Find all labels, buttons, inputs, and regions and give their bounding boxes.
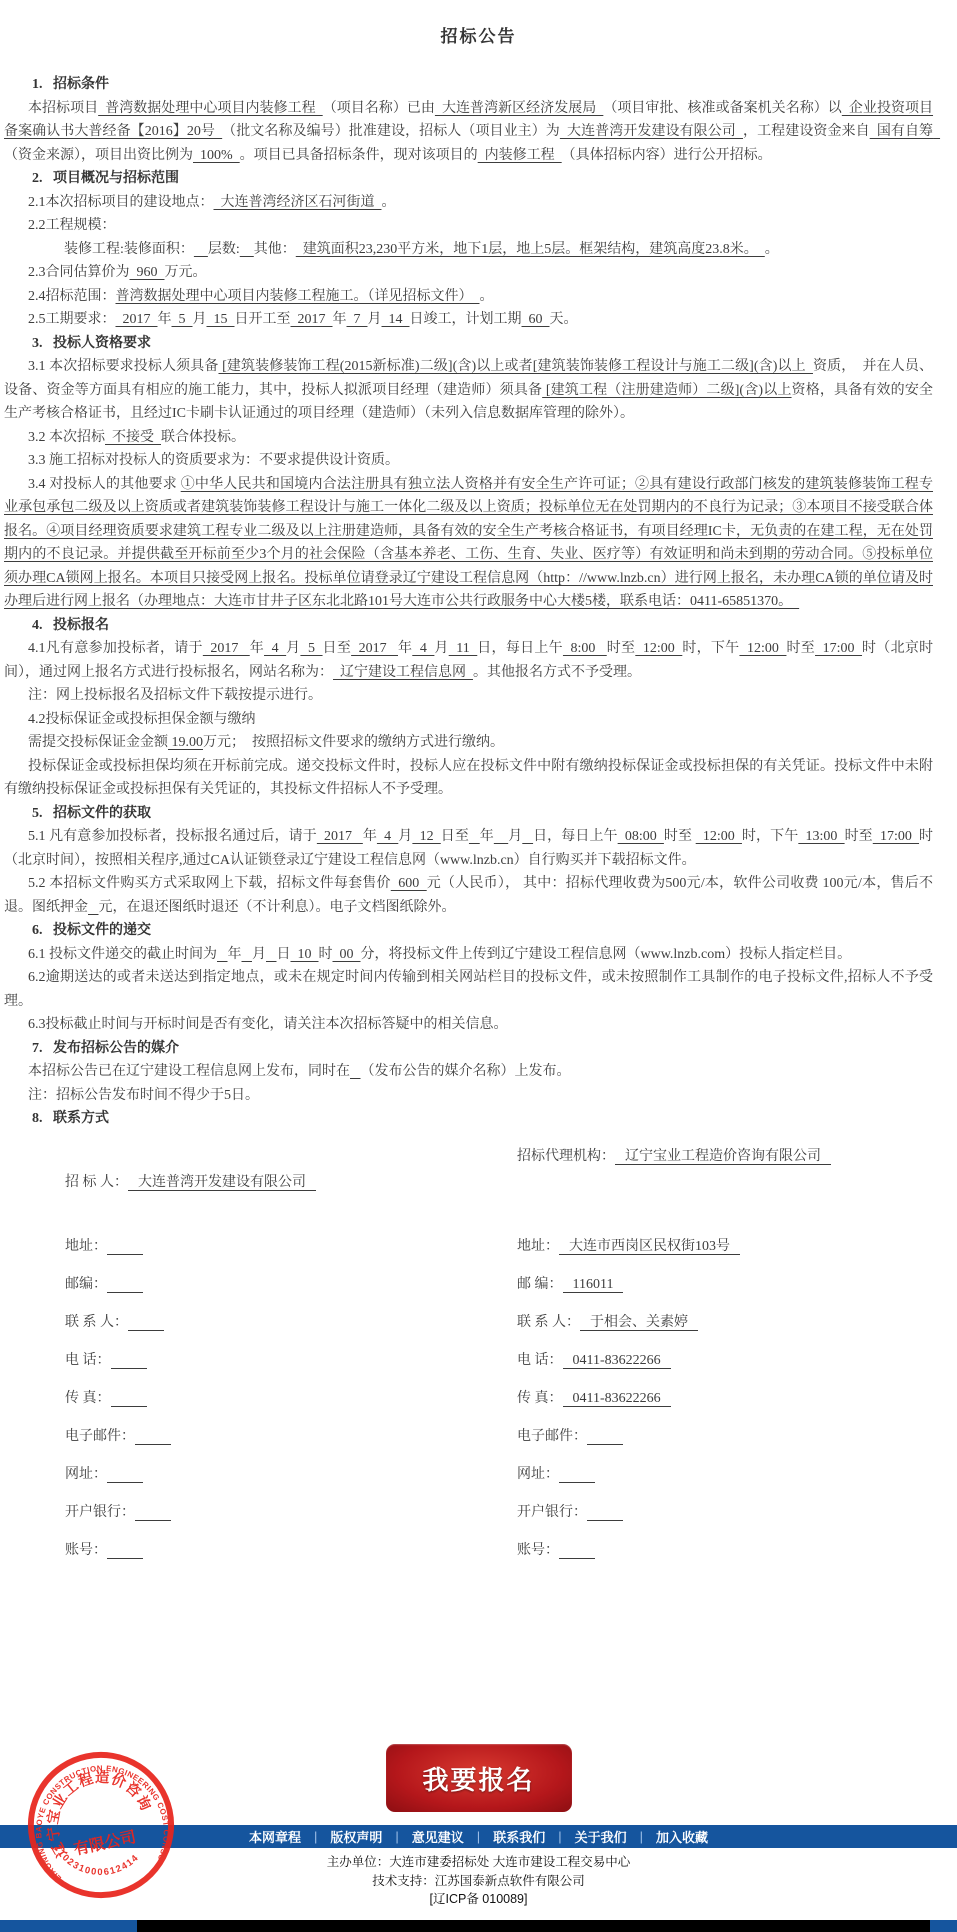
footer-link[interactable]: 意见建议	[412, 1827, 464, 1846]
doc-paragraph: 4.1凡有意参加投标者，请于 2017 年 4 月 5 日至 2017 年 4 …	[4, 637, 933, 684]
contact-label: 开户银行：	[65, 1505, 135, 1520]
footer-link-separator: |	[477, 1829, 480, 1844]
fill-in-value: ①中华人民共和国境内合法注册具有独立法人资格并有安全生产许可证；②具有建设行政部…	[4, 477, 933, 610]
doc-paragraph: 5.2 本招标文件购买方式采取网上下载，招标文件每套售价 600 元（人民币），…	[4, 872, 933, 919]
contact-label: 邮 编：	[517, 1277, 563, 1292]
section-heading: 1. 招标条件	[4, 73, 933, 97]
contact-value	[135, 1505, 171, 1521]
signup-button[interactable]: 我要报名	[386, 1744, 572, 1812]
contact-row: 地址：	[65, 1235, 517, 1259]
fill-in-value: 100%	[193, 148, 240, 163]
contact-value: 辽宁宝业工程造价咨询有限公司	[615, 1149, 831, 1165]
fill-in-value: 4	[264, 641, 286, 656]
contact-label: 招 标 人：	[65, 1175, 128, 1190]
doc-paragraph: 4.2投标保证金或投标担保金额与缴纳	[4, 708, 933, 732]
fill-in-value: 15	[207, 312, 235, 327]
contact-value: 0411-83622266	[563, 1391, 671, 1407]
fill-in-value: [建筑工程（注册建造师）二级](含)以上	[542, 383, 791, 398]
contact-row: 电 话：	[65, 1349, 517, 1373]
contact-label: 网址：	[517, 1467, 559, 1482]
doc-paragraph: 6.1 投标文件递交的截止时间为 年 月 日 10 时 00 分，将投标文件上传…	[4, 943, 933, 967]
fill-in-value: 内装修工程	[478, 148, 562, 163]
contact-value	[128, 1315, 164, 1331]
fill-in-value	[88, 900, 99, 915]
contact-value: 大连市西岗区民权街103号	[559, 1239, 740, 1255]
contact-value	[559, 1543, 595, 1559]
fill-in-value: 12:00	[739, 641, 786, 656]
doc-paragraph: 2.4招标范围：普湾数据处理中心项目内装修工程施工。（详见招标文件） 。	[4, 285, 933, 309]
contact-label: 联 系 人：	[517, 1315, 580, 1330]
doc-paragraph: 3.2 本次招标 不接受 联合体投标。	[4, 426, 933, 450]
doc-paragraph: 2.2工程规模：	[4, 214, 933, 238]
contact-row: 开户银行：	[65, 1501, 517, 1525]
fill-in-value: 11	[449, 641, 478, 656]
contact-row: 地址：大连市西岗区民权街103号	[517, 1235, 935, 1259]
fill-in-value: 大连普湾开发建设有限公司	[560, 124, 743, 139]
contact-row: 联 系 人：于相会、关素婷	[517, 1311, 935, 1335]
contact-label: 网址：	[65, 1467, 107, 1482]
contact-row: 招 标 人：大连普湾开发建设有限公司	[65, 1145, 517, 1221]
contact-value	[111, 1353, 147, 1369]
fill-in-value: 12	[412, 829, 440, 844]
doc-paragraph: 2.1本次招标项目的建设地点： 大连普湾经济区石河街道 。	[4, 191, 933, 215]
fill-in-value: 2017	[203, 641, 250, 656]
fill-in-value: 大连普湾经济区石河街道	[214, 195, 382, 210]
contact-row: 招标代理机构：辽宁宝业工程造价咨询有限公司	[517, 1145, 935, 1221]
doc-paragraph: 3.4 对投标人的其他要求 ①中华人民共和国境内合法注册具有独立法人资格并有安全…	[4, 473, 933, 614]
contact-value	[111, 1391, 147, 1407]
fill-in-value: 13:00	[798, 829, 844, 844]
fill-in-value: 14	[382, 312, 410, 327]
page-title: 招标公告	[0, 0, 957, 47]
doc-paragraph: 本招标项目 普湾数据处理中心项目内装修工程 （项目名称）已由 大连普湾新区经济发…	[4, 97, 933, 168]
fill-in-value: 10	[291, 947, 319, 962]
fill-in-value: 19.00	[168, 735, 203, 750]
contact-value	[107, 1543, 143, 1559]
bottom-strip-left-accent	[0, 1920, 137, 1932]
contact-value	[135, 1429, 171, 1445]
bottom-strip	[0, 1920, 957, 1932]
contact-value	[587, 1505, 623, 1521]
fill-in-value: [建筑装修装饰工程(2015新标准)二级](含)以上或者[建筑装饰装修工程设计与…	[218, 359, 812, 374]
contact-label: 联 系 人：	[65, 1315, 128, 1330]
doc-paragraph: 需提交投标保证金金额 19.00万元； 按照招标文件要求的缴纳方式进行缴纳。	[4, 731, 933, 755]
contact-row: 传 真：0411-83622266	[517, 1387, 935, 1411]
doc-paragraph: 3.1 本次招标要求投标人须具备 [建筑装修装饰工程(2015新标准)二级](含…	[4, 355, 933, 426]
stamp-center-text: 有限公司	[72, 1827, 138, 1859]
footer-link[interactable]: 加入收藏	[656, 1827, 708, 1846]
fill-in-value: 8:00	[563, 641, 607, 656]
doc-paragraph: 本招标公告已在辽宁建设工程信息网上发布，同时在 （发布公告的媒介名称）上发布。	[4, 1060, 933, 1084]
contact-value	[107, 1467, 143, 1483]
doc-paragraph: 投标保证金或投标担保均须在开标前完成。递交投标文件时，投标人应在投标文件中附有缴…	[4, 755, 933, 802]
contact-label: 账号：	[517, 1543, 559, 1558]
contact-label: 地址：	[517, 1239, 559, 1254]
contacts-section: 招 标 人：大连普湾开发建设有限公司地址：邮编：联 系 人：电 话：传 真：电子…	[0, 1145, 957, 1577]
fill-in-value: 5	[300, 641, 322, 656]
fill-in-value: 2017	[351, 641, 398, 656]
bottom-strip-middle	[137, 1920, 930, 1932]
contact-label: 电 话：	[517, 1353, 563, 1368]
fill-in-value	[242, 947, 253, 962]
contact-row: 账号：	[65, 1539, 517, 1563]
fill-in-value	[522, 829, 533, 844]
contact-row: 传 真：	[65, 1387, 517, 1411]
fill-in-value: 12:00	[635, 641, 682, 656]
doc-paragraph: 6.2逾期送达的或者未送达到指定地点，或未在规定时间内传输到相关网站栏目的投标文…	[4, 966, 933, 1013]
doc-paragraph: 装修工程:装修面积： 层数: 其他： 建筑面积23,230平方米，地下1层，地上…	[4, 238, 933, 262]
bottom-strip-right-accent	[930, 1920, 957, 1932]
fill-in-value: 17:00	[815, 641, 862, 656]
footer-link[interactable]: 版权声明	[330, 1827, 382, 1846]
fill-in-value: 2017	[116, 312, 158, 327]
fill-in-value	[266, 947, 277, 962]
section-heading: 2. 项目概况与招标范围	[4, 167, 933, 191]
contact-label: 传 真：	[65, 1391, 111, 1406]
fill-in-value: 12:00	[696, 829, 742, 844]
contact-row: 邮编：	[65, 1273, 517, 1297]
fill-in-value: 2017	[291, 312, 333, 327]
contact-value: 大连普湾开发建设有限公司	[128, 1175, 316, 1191]
contact-value: 于相会、关素婷	[580, 1315, 698, 1331]
fill-in-value: 17:00	[873, 829, 919, 844]
contact-label: 电 话：	[65, 1353, 111, 1368]
contact-row: 开户银行：	[517, 1501, 935, 1525]
fill-in-value: 不接受	[105, 430, 161, 445]
company-seal-stamp: LIAONING BAOYE CONSTRUCTION ENGINEERING …	[7, 1731, 194, 1918]
contacts-left: 招 标 人：大连普湾开发建设有限公司地址：邮编：联 系 人：电 话：传 真：电子…	[65, 1145, 517, 1577]
doc-paragraph: 注：网上投标报名及招标文件下载按提示进行。	[4, 684, 933, 708]
fill-in-value: 4	[412, 641, 434, 656]
contacts-right: 招标代理机构：辽宁宝业工程造价咨询有限公司地址：大连市西岗区民权街103号邮 编…	[517, 1145, 935, 1577]
contact-label: 电子邮件：	[65, 1429, 135, 1444]
footer-link[interactable]: 本网章程	[249, 1827, 301, 1846]
fill-in-value: 普湾数据处理中心项目内装修工程施工。（详见招标文件）	[116, 289, 480, 304]
fill-in-value: 7	[347, 312, 368, 327]
fill-in-value: 辽宁建设工程信息网	[333, 665, 473, 680]
footer-link-separator: |	[558, 1829, 561, 1844]
fill-in-value	[350, 1064, 361, 1079]
doc-paragraph: 2.3合同估算价为 960 万元。	[4, 261, 933, 285]
fill-in-value	[194, 242, 208, 257]
fill-in-value: 600	[391, 876, 427, 891]
contact-label: 传 真：	[517, 1391, 563, 1406]
fill-in-value	[217, 947, 228, 962]
contact-row: 账号：	[517, 1539, 935, 1563]
contact-label: 邮编：	[65, 1277, 107, 1292]
fill-in-value: 60	[522, 312, 550, 327]
footer-link-separator: |	[314, 1829, 317, 1844]
fill-in-value: 5	[172, 312, 193, 327]
contact-row: 电子邮件：	[517, 1425, 935, 1449]
footer-link[interactable]: 关于我们	[575, 1827, 627, 1846]
contact-row: 电 话：0411-83622266	[517, 1349, 935, 1373]
fill-in-value: 国有自筹	[870, 124, 940, 139]
section-heading: 5. 招标文件的获取	[4, 802, 933, 826]
contact-row: 联 系 人：	[65, 1311, 517, 1335]
contact-label: 电子邮件：	[517, 1429, 587, 1444]
doc-paragraph: 6.3投标截止时间与开标时间是否有变化，请关注本次招标答疑中的相关信息。	[4, 1013, 933, 1037]
contact-value: 0411-83622266	[563, 1353, 671, 1369]
section-heading: 3. 投标人资格要求	[4, 332, 933, 356]
contact-row: 电子邮件：	[65, 1425, 517, 1449]
contact-label: 地址：	[65, 1239, 107, 1254]
fill-in-value: 建筑面积23,230平方米，地下1层，地上5层。框架结构，建筑高度23.8米。	[296, 242, 765, 257]
contact-value	[559, 1467, 595, 1483]
contact-value	[587, 1429, 623, 1445]
document-body: 1. 招标条件本招标项目 普湾数据处理中心项目内装修工程 （项目名称）已由 大连…	[0, 73, 957, 1131]
contact-label: 招标代理机构：	[517, 1149, 615, 1164]
fill-in-value	[469, 829, 480, 844]
fill-in-value: 2017	[317, 829, 363, 844]
fill-in-value: 4	[377, 829, 398, 844]
doc-paragraph: 3.3 施工招标对投标人的资质要求为：不要求提供设计资质。	[4, 449, 933, 473]
footer-link[interactable]: 联系我们	[493, 1827, 545, 1846]
section-heading: 8. 联系方式	[4, 1107, 933, 1131]
doc-paragraph: 5.1 凡有意参加投标者，投标报名通过后，请于 2017 年 4 月 12 日至…	[4, 825, 933, 872]
contact-label: 开户银行：	[517, 1505, 587, 1520]
contact-value	[107, 1277, 143, 1293]
footer-link-separator: |	[640, 1829, 643, 1844]
fill-in-value	[240, 242, 254, 257]
fill-in-value: 00	[333, 947, 361, 962]
contact-row: 网址：	[517, 1463, 935, 1487]
doc-paragraph: 注：招标公告发布时间不得少于5日。	[4, 1084, 933, 1108]
fill-in-value: 08:00	[618, 829, 664, 844]
footer-link-separator: |	[395, 1829, 398, 1844]
fill-in-value	[494, 829, 508, 844]
fill-in-value: 普湾数据处理中心项目内装修工程	[98, 101, 323, 116]
contact-value	[107, 1239, 143, 1255]
tender-announcement-page: 招标公告 1. 招标条件本招标项目 普湾数据处理中心项目内装修工程 （项目名称）…	[0, 0, 957, 1932]
doc-paragraph: 2.5工期要求： 2017 年 5 月 15 日开工至 2017 年 7 月 1…	[4, 308, 933, 332]
section-heading: 6. 投标文件的递交	[4, 919, 933, 943]
contact-row: 网址：	[65, 1463, 517, 1487]
contact-label: 账号：	[65, 1543, 107, 1558]
contact-value: 116011	[563, 1277, 624, 1293]
fill-in-value: 960	[130, 265, 165, 280]
contact-row: 邮 编：116011	[517, 1273, 935, 1297]
fill-in-value: 大连普湾新区经济发展局	[435, 101, 603, 116]
section-heading: 4. 投标报名	[4, 614, 933, 638]
section-heading: 7. 发布招标公告的媒介	[4, 1037, 933, 1061]
